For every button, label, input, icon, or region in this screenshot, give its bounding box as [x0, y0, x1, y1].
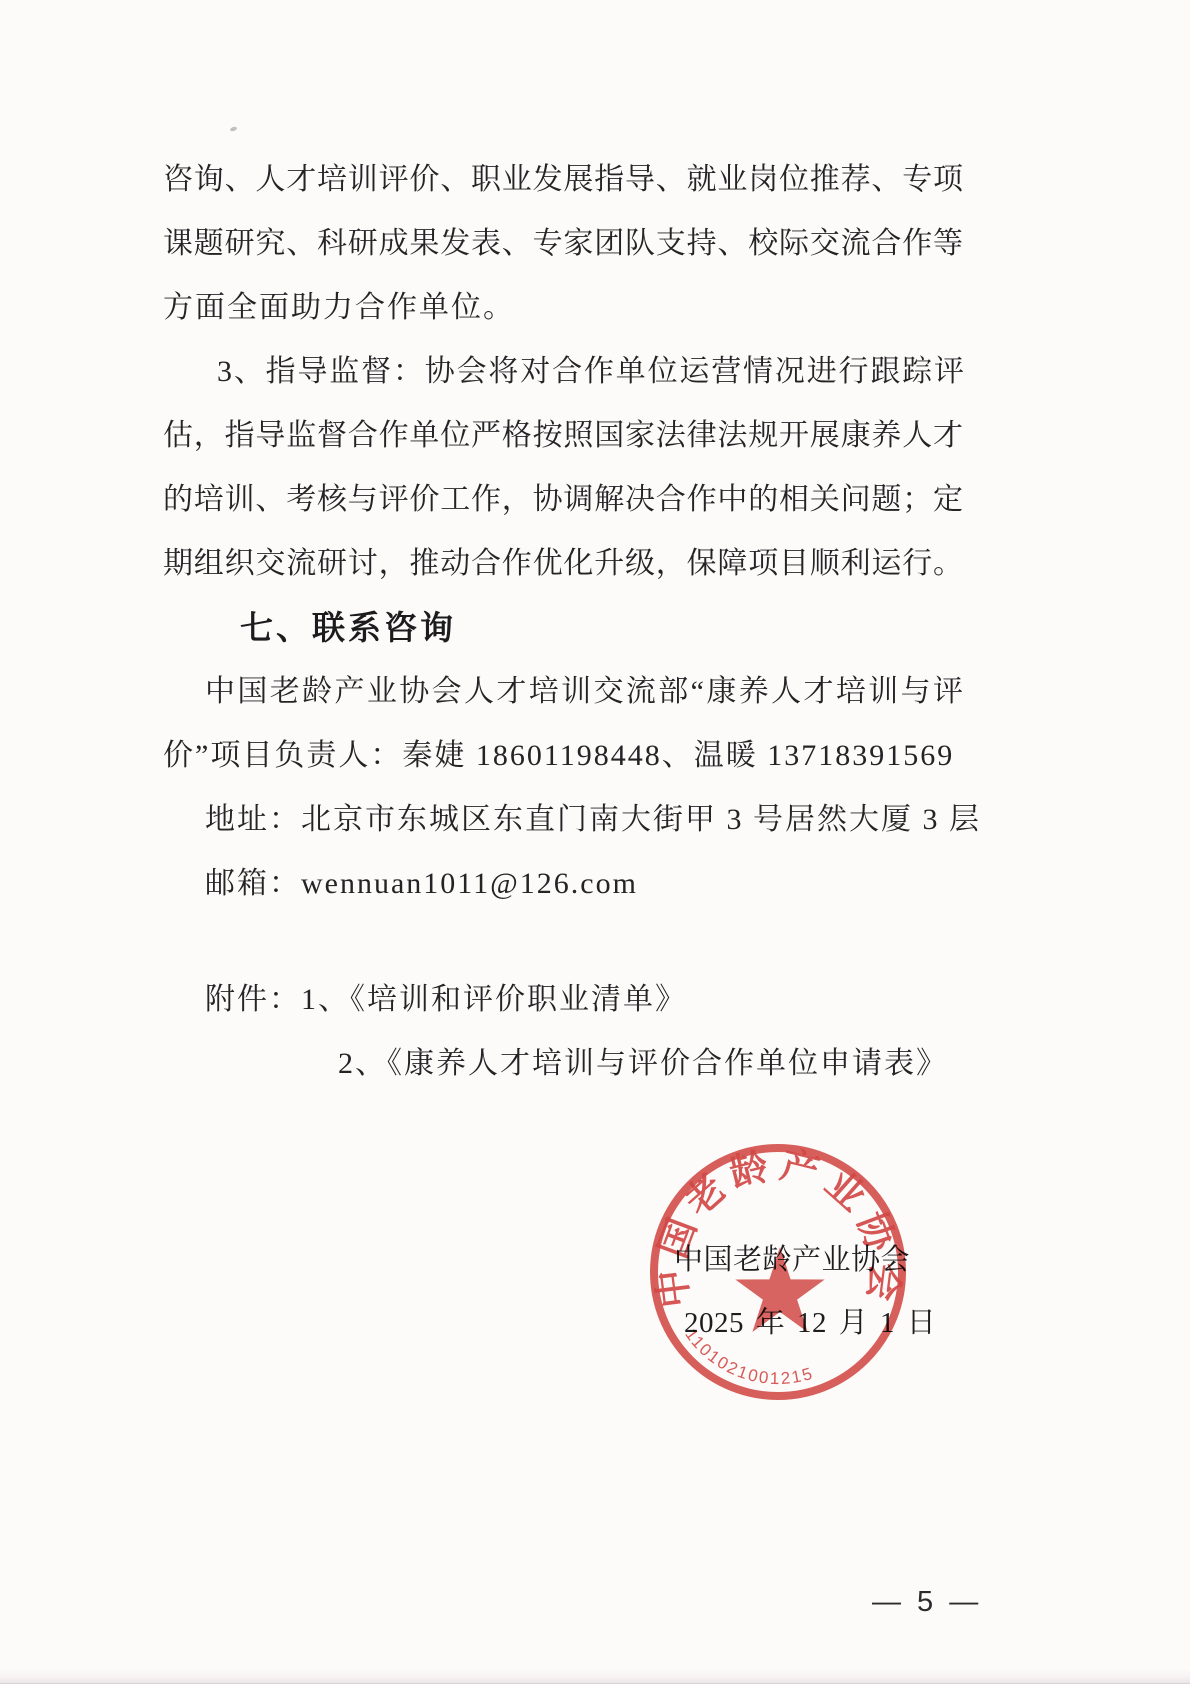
official-seal-stamp: 中国老龄产业协会 11010210012154: [640, 1134, 916, 1410]
contact-line: 中国老龄产业协会人才培训交流部“康养人才培训与评: [163, 660, 963, 724]
body-text: 咨询、人才培训评价、职业发展指导、就业岗位推荐、专项 课题研究、科研成果发表、专…: [163, 148, 963, 1096]
body-line: 估，指导监督合作单位严格按照国家法律法规开展康养人才: [163, 404, 963, 468]
attachment-line: 2、《康养人才培训与评价合作单位申请表》: [163, 1032, 963, 1096]
body-line: 咨询、人才培训评价、职业发展指导、就业岗位推荐、专项: [163, 148, 963, 212]
body-line: 的培训、考核与评价工作，协调解决合作中的相关问题；定: [163, 468, 963, 532]
seal-star-icon: [735, 1247, 824, 1332]
page-number: — 5 —: [872, 1586, 982, 1619]
document-page: 咨询、人才培训评价、职业发展指导、就业岗位推荐、专项 课题研究、科研成果发表、专…: [0, 0, 1190, 1684]
email-line: 邮箱：wennuan1011@126.com: [163, 852, 963, 916]
scan-speck-artifact: [230, 126, 238, 132]
section-heading: 七、联系咨询: [163, 596, 963, 660]
contact-line: 价”项目负责人：秦婕 18601198448、温暖 13718391569: [163, 724, 963, 788]
blank-gap: [163, 916, 963, 968]
body-line: 方面全面助力合作单位。: [163, 276, 963, 340]
body-line: 课题研究、科研成果发表、专家团队支持、校际交流合作等: [163, 212, 963, 276]
body-line: 期组织交流研讨，推动合作优化升级，保障项目顺利运行。: [163, 532, 963, 596]
attachment-line: 附件：1、《培训和评价职业清单》: [163, 968, 963, 1032]
address-line: 地址：北京市东城区东直门南大街甲 3 号居然大厦 3 层: [163, 788, 963, 852]
body-line: 3、指导监督：协会将对合作单位运营情况进行跟踪评: [163, 340, 963, 404]
scan-edge-artifact: [0, 1669, 1190, 1684]
